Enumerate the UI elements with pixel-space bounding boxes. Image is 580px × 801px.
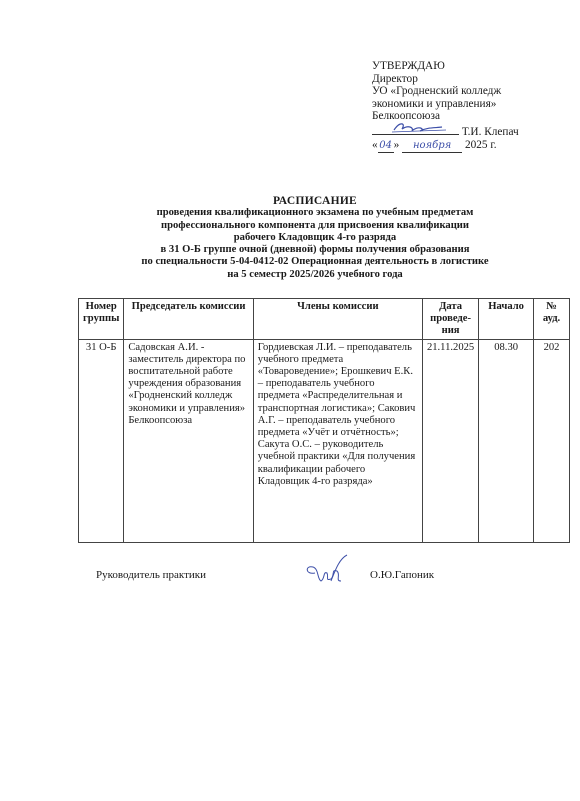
- footer-signature-block: Руководитель практики О.Ю.Гапоник: [96, 565, 546, 585]
- signature-field: [372, 123, 459, 135]
- cell-start: 08.30: [479, 339, 534, 542]
- header-date: Дата проведе-ния: [422, 299, 478, 340]
- date-close-quote: »: [394, 139, 400, 151]
- document-title: РАСПИСАНИЕ проведения квалификационного …: [60, 195, 570, 281]
- date-month: ноября: [402, 140, 462, 154]
- handwritten-signature-icon: [390, 119, 450, 135]
- header-members: Члены комиссии: [253, 299, 422, 340]
- table-header-row: Номер группы Председатель комиссии Члены…: [79, 299, 570, 340]
- header-chair: Председатель комиссии: [124, 299, 253, 340]
- cell-room: 202: [534, 339, 570, 542]
- approval-heading: УТВЕРЖДАЮ: [372, 60, 572, 73]
- footer-name: О.Ю.Гапоник: [370, 569, 434, 581]
- approval-position: Директор: [372, 73, 572, 86]
- schedule-table: Номер группы Председатель комиссии Члены…: [78, 298, 570, 543]
- approval-date: «04» ноября 2025 г.: [372, 139, 572, 154]
- approval-org-line1: УО «Гродненский колледж: [372, 85, 572, 98]
- date-year: 2025 г.: [465, 139, 497, 151]
- cell-date: 21.11.2025: [422, 339, 478, 542]
- approval-signatory: Т.И. Клепач: [462, 126, 519, 138]
- title-line2: профессионального компонента для присвое…: [60, 220, 570, 232]
- approval-block: УТВЕРЖДАЮ Директор УО «Гродненский колле…: [372, 60, 572, 153]
- footer-role: Руководитель практики: [96, 569, 206, 581]
- header-start: Начало: [479, 299, 534, 340]
- date-day: 04: [378, 140, 394, 154]
- title-line1: проведения квалификационного экзамена по…: [60, 207, 570, 219]
- approval-org-line2: экономики и управления»: [372, 98, 572, 111]
- cell-members: Гордиевская Л.И. – преподаватель учебног…: [253, 339, 422, 542]
- header-group: Номер группы: [79, 299, 124, 340]
- title-line6: на 5 семестр 2025/2026 учебного года: [60, 269, 570, 281]
- approval-signature-line: Т.И. Клепач: [372, 123, 572, 139]
- title-line3: рабочего Кладовщик 4-го разряда: [60, 232, 570, 244]
- table-row: 31 О-Б Садовская А.И. - заместитель дире…: [79, 339, 570, 542]
- title-main: РАСПИСАНИЕ: [60, 195, 570, 207]
- title-line4: в 31 О-Б группе очной (дневной) формы по…: [60, 244, 570, 256]
- handwritten-signature-icon: [301, 553, 351, 587]
- cell-group: 31 О-Б: [79, 339, 124, 542]
- cell-chair: Садовская А.И. - заместитель директора п…: [124, 339, 253, 542]
- title-line5: по специальности 5-04-0412-02 Операционн…: [60, 256, 570, 268]
- header-room: № ауд.: [534, 299, 570, 340]
